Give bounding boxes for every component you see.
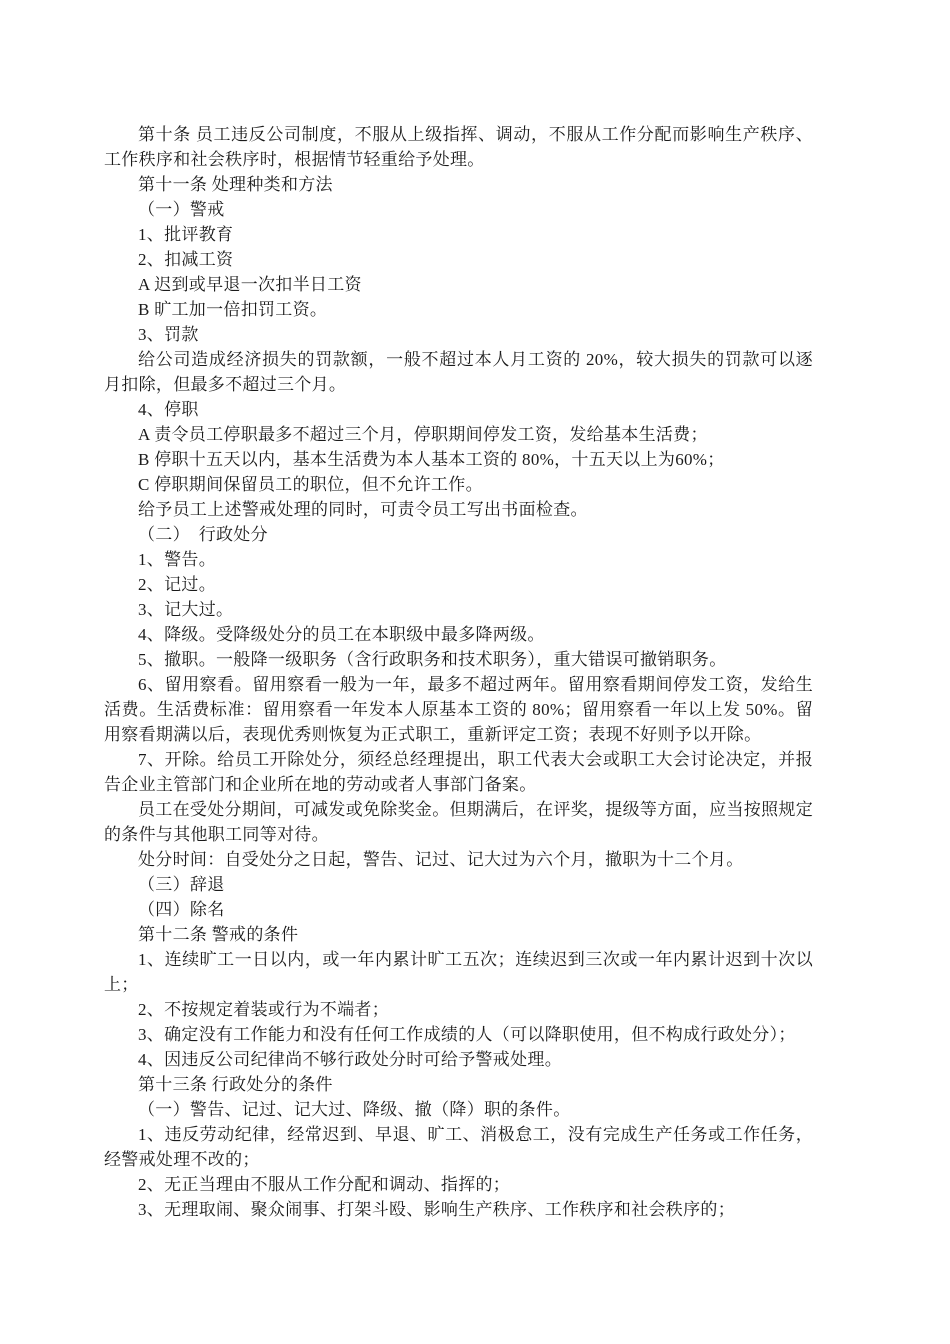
paragraph-item: 处分时间：自受处分之日起，警告、记过、记大过为六个月，撤职为十二个月。 [104, 847, 813, 872]
paragraph-item: B 旷工加一倍扣罚工资。 [104, 297, 813, 322]
paragraph-item: 3、罚款 [104, 322, 813, 347]
paragraph-section-3-dismiss: （三）辞退 [104, 872, 813, 897]
paragraph-item: 4、停职 [104, 397, 813, 422]
paragraph-item: 2、无正当理由不服从工作分配和调动、指挥的； [104, 1172, 813, 1197]
paragraph-item: （一）警告、记过、记大过、降级、撤（降）职的条件。 [104, 1097, 813, 1122]
paragraph-article-12: 第十二条 警戒的条件 [104, 922, 813, 947]
paragraph-item: 给公司造成经济损失的罚款额，一般不超过本人月工资的 20%，较大损失的罚款可以逐… [104, 347, 813, 397]
paragraph-item: 3、无理取闹、聚众闹事、打架斗殴、影响生产秩序、工作秩序和社会秩序的； [104, 1197, 813, 1222]
paragraph-item: C 停职期间保留员工的职位，但不允许工作。 [104, 472, 813, 497]
document-page: 第十条 员工违反公司制度，不服从上级指挥、调动，不服从工作分配而影响生产秩序、工… [0, 0, 950, 1344]
paragraph-item: 2、记过。 [104, 572, 813, 597]
paragraph-item: B 停职十五天以内，基本生活费为本人基本工资的 80%，十五天以上为60%； [104, 447, 813, 472]
paragraph-item: 5、撤职。一般降一级职务（含行政职务和技术职务），重大错误可撤销职务。 [104, 647, 813, 672]
paragraph-item: 4、降级。受降级处分的员工在本职级中最多降两级。 [104, 622, 813, 647]
paragraph-item: A 责令员工停职最多不超过三个月，停职期间停发工资，发给基本生活费； [104, 422, 813, 447]
paragraph-item: 2、扣减工资 [104, 247, 813, 272]
paragraph-item: 2、不按规定着装或行为不端者； [104, 997, 813, 1022]
paragraph-item: 3、确定没有工作能力和没有任何工作成绩的人（可以降职使用，但不构成行政处分）； [104, 1022, 813, 1047]
paragraph-item: 给予员工上述警戒处理的同时，可责令员工写出书面检查。 [104, 497, 813, 522]
paragraph-item: 1、连续旷工一日以内，或一年内累计旷工五次；连续迟到三次或一年内累计迟到十次以上… [104, 947, 813, 997]
paragraph-section-2-admin: （二） 行政处分 [104, 522, 813, 547]
paragraph-item: 1、警告。 [104, 547, 813, 572]
paragraph-item: 6、留用察看。留用察看一般为一年，最多不超过两年。留用察看期间停发工资，发给生活… [104, 672, 813, 747]
paragraph-article-13: 第十三条 行政处分的条件 [104, 1072, 813, 1097]
paragraph-article-10: 第十条 员工违反公司制度，不服从上级指挥、调动，不服从工作分配而影响生产秩序、工… [104, 122, 813, 172]
paragraph-item: 3、记大过。 [104, 597, 813, 622]
paragraph-item: A 迟到或早退一次扣半日工资 [104, 272, 813, 297]
paragraph-item: 4、因违反公司纪律尚不够行政处分时可给予警戒处理。 [104, 1047, 813, 1072]
paragraph-section-1-warning: （一）警戒 [104, 197, 813, 222]
paragraph-item: 1、违反劳动纪律，经常迟到、早退、旷工、消极怠工，没有完成生产任务或工作任务，经… [104, 1122, 813, 1172]
document-body-text: 第十条 员工违反公司制度，不服从上级指挥、调动，不服从工作分配而影响生产秩序、工… [104, 122, 813, 1222]
paragraph-section-4-expel: （四）除名 [104, 897, 813, 922]
paragraph-article-11: 第十一条 处理种类和方法 [104, 172, 813, 197]
paragraph-item: 员工在受处分期间，可减发或免除奖金。但期满后，在评奖，提级等方面，应当按照规定的… [104, 797, 813, 847]
paragraph-item: 7、开除。给员工开除处分，须经总经理提出，职工代表大会或职工大会讨论决定，并报告… [104, 747, 813, 797]
paragraph-item: 1、批评教育 [104, 222, 813, 247]
